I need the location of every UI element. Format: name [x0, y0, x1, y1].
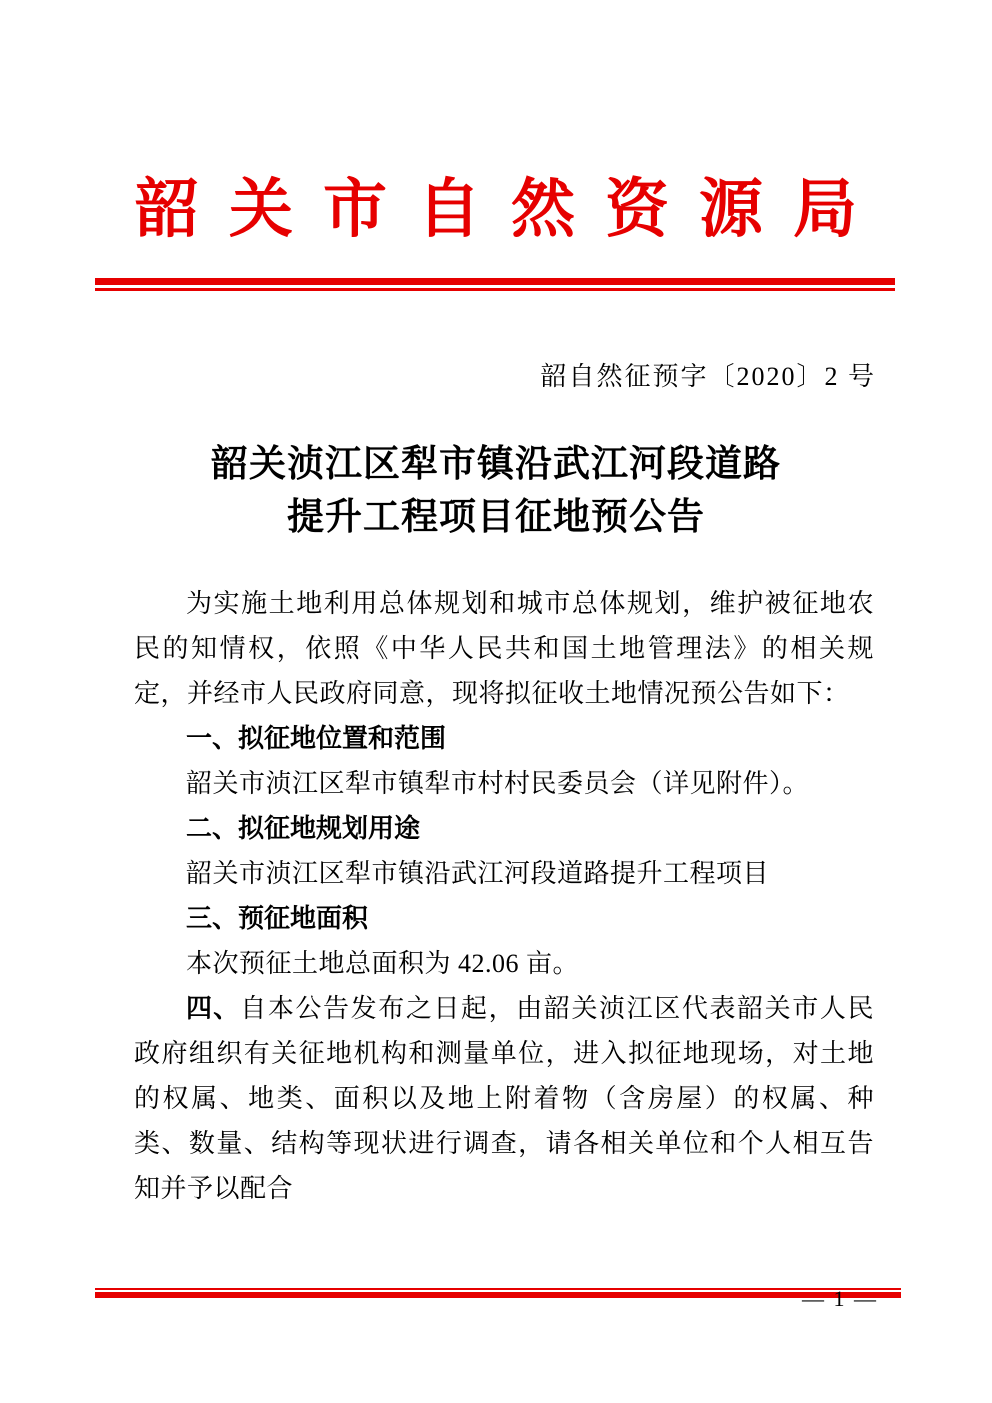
notice-title: 韶关浈江区犁市镇沿武江河段道路 提升工程项目征地预公告: [0, 438, 992, 544]
document-page: 韶关市自然资源局 韶自然征预字〔2020〕2 号 韶关浈江区犁市镇沿武江河段道路…: [0, 0, 992, 1403]
section-3-heading: 三、预征地面积: [134, 896, 874, 941]
section-4-paragraph: 四、自本公告发布之日起，由韶关浈江区代表韶关市人民政府组织有关征地机构和测量单位…: [134, 986, 874, 1211]
section-4-lead: 四、: [186, 993, 240, 1023]
agency-letterhead: 韶关市自然资源局: [0, 158, 992, 250]
section-3-text: 本次预征土地总面积为 42.06 亩。: [134, 941, 874, 986]
footer-divider-rule: [95, 1288, 901, 1298]
section-2-heading: 二、拟征地规划用途: [134, 806, 874, 851]
section-1-heading: 一、拟征地位置和范围: [134, 716, 874, 761]
intro-paragraph: 为实施土地利用总体规划和城市总体规划，维护被征地农民的知情权，依照《中华人民共和…: [134, 581, 874, 716]
section-1-text: 韶关市浈江区犁市镇犁市村村民委员会（详见附件）。: [134, 761, 874, 806]
document-number: 韶自然征预字〔2020〕2 号: [540, 356, 876, 393]
section-2-text: 韶关市浈江区犁市镇沿武江河段道路提升工程项目: [134, 851, 874, 896]
notice-title-line2: 提升工程项目征地预公告: [287, 497, 705, 538]
letterhead-divider-rule: [95, 278, 895, 291]
section-4-text: 自本公告发布之日起，由韶关浈江区代表韶关市人民政府组织有关征地机构和测量单位，进…: [134, 994, 874, 1203]
page-number: — 1 —: [798, 1285, 882, 1313]
notice-title-line1: 韶关浈江区犁市镇沿武江河段道路: [211, 444, 781, 485]
notice-body: 为实施土地利用总体规划和城市总体规划，维护被征地农民的知情权，依照《中华人民共和…: [134, 581, 874, 1211]
